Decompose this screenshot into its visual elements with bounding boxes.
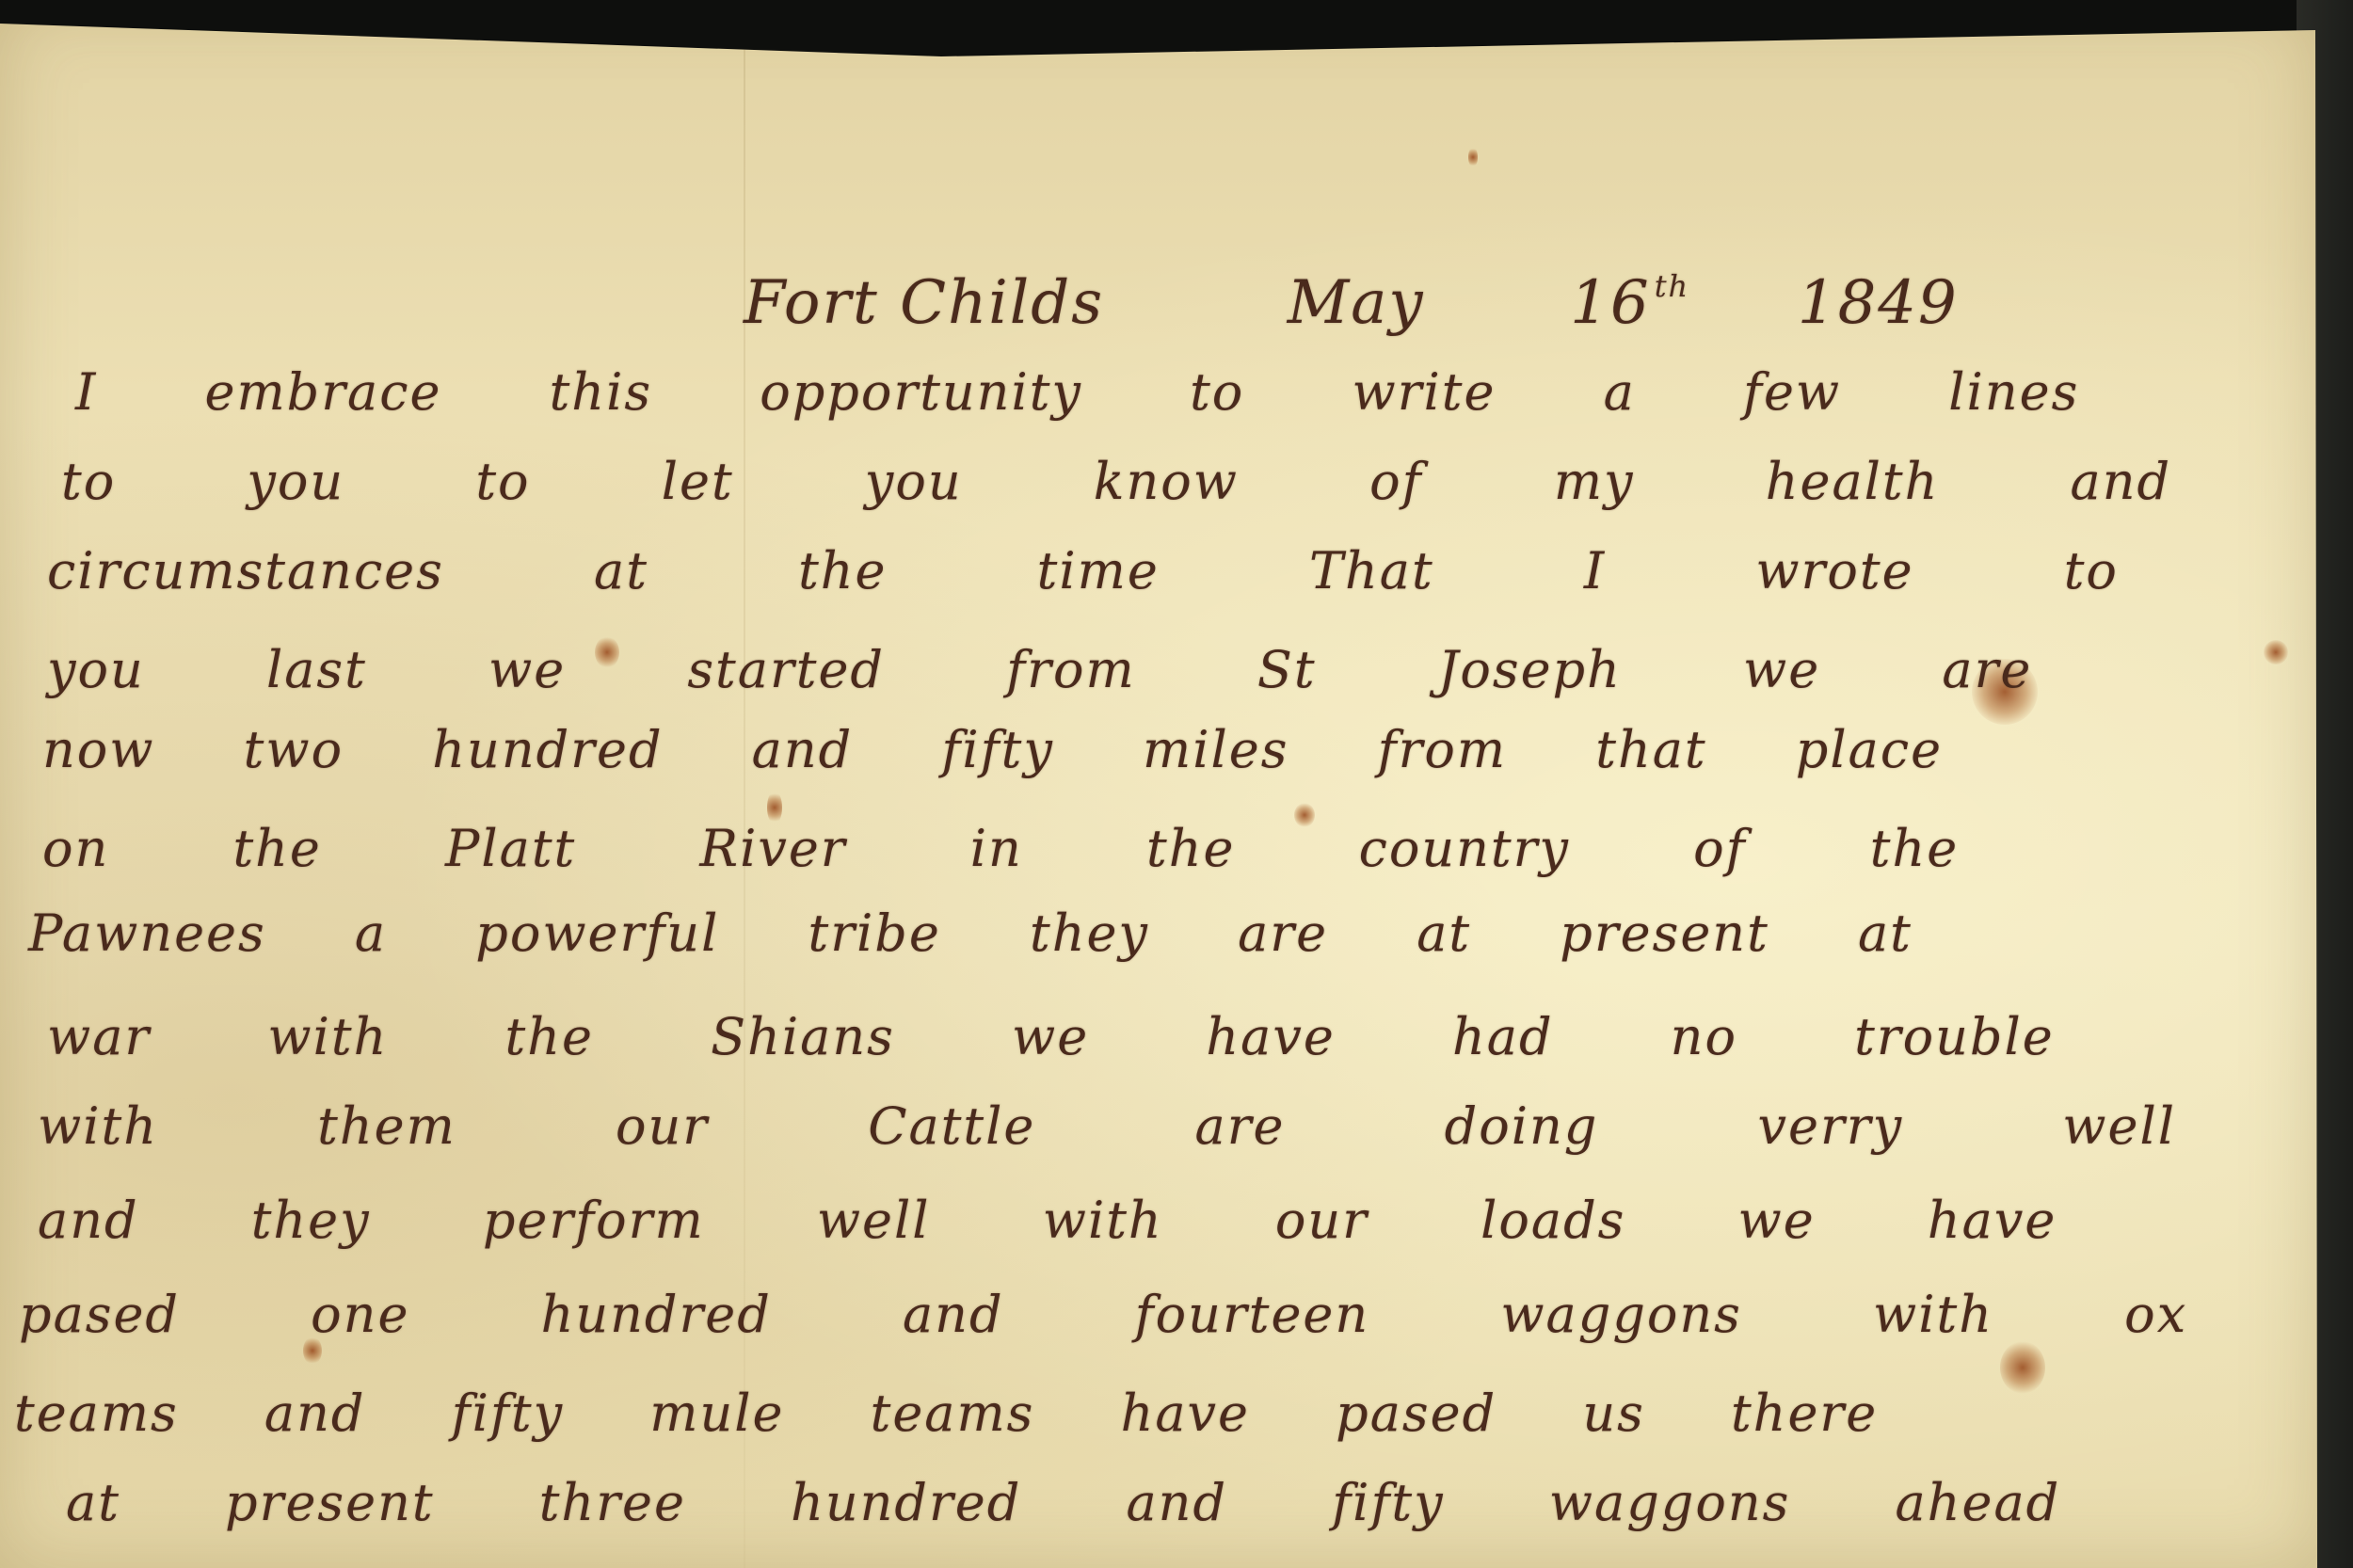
letter-line-12: teams and fifty mule teams have pased us… (14, 1384, 1878, 1443)
letter-heading: Fort Childs May 16th 1849 (744, 268, 1959, 338)
letter-line-7: Pawnees a powerful tribe they are at pre… (28, 904, 1913, 963)
letter-line-9: with them our Cattle are doing verry wel… (38, 1096, 2176, 1156)
ink-stain (2000, 1341, 2045, 1394)
letter-line-3: circumstances at the time That I wrote t… (47, 541, 2119, 600)
letter-line-5: now two hundred and fifty miles from tha… (42, 720, 1943, 779)
letter-line-13: at present three hundred and fifty waggo… (66, 1473, 2060, 1532)
ink-stain (1468, 147, 1478, 168)
letter-line-2: to you to let you know of my health and (61, 452, 2171, 511)
letter-line-6: on the Platt River in the country of the (42, 819, 1959, 878)
heading-day-suffix: th (1655, 268, 1689, 304)
heading-day: 16 (1570, 268, 1650, 338)
letter-paper: Fort Childs May 16th 1849 I embrace this… (0, 0, 2317, 1568)
letter-line-11: pased one hundred and fourteen waggons w… (19, 1285, 2187, 1344)
letter-line-10: and they perform well with our loads we … (38, 1191, 2057, 1250)
letter-line-1: I embrace this opportunity to write a fe… (75, 362, 2079, 422)
letter-line-8: war with the Shians we have had no troub… (47, 1007, 2055, 1066)
heading-year: 1849 (1798, 268, 1959, 338)
heading-month: May (1288, 268, 1425, 338)
heading-place: Fort Childs (744, 268, 1104, 338)
ink-stain (2264, 640, 2288, 664)
letter-line-4: you last we started from St Joseph we ar… (47, 640, 2032, 699)
